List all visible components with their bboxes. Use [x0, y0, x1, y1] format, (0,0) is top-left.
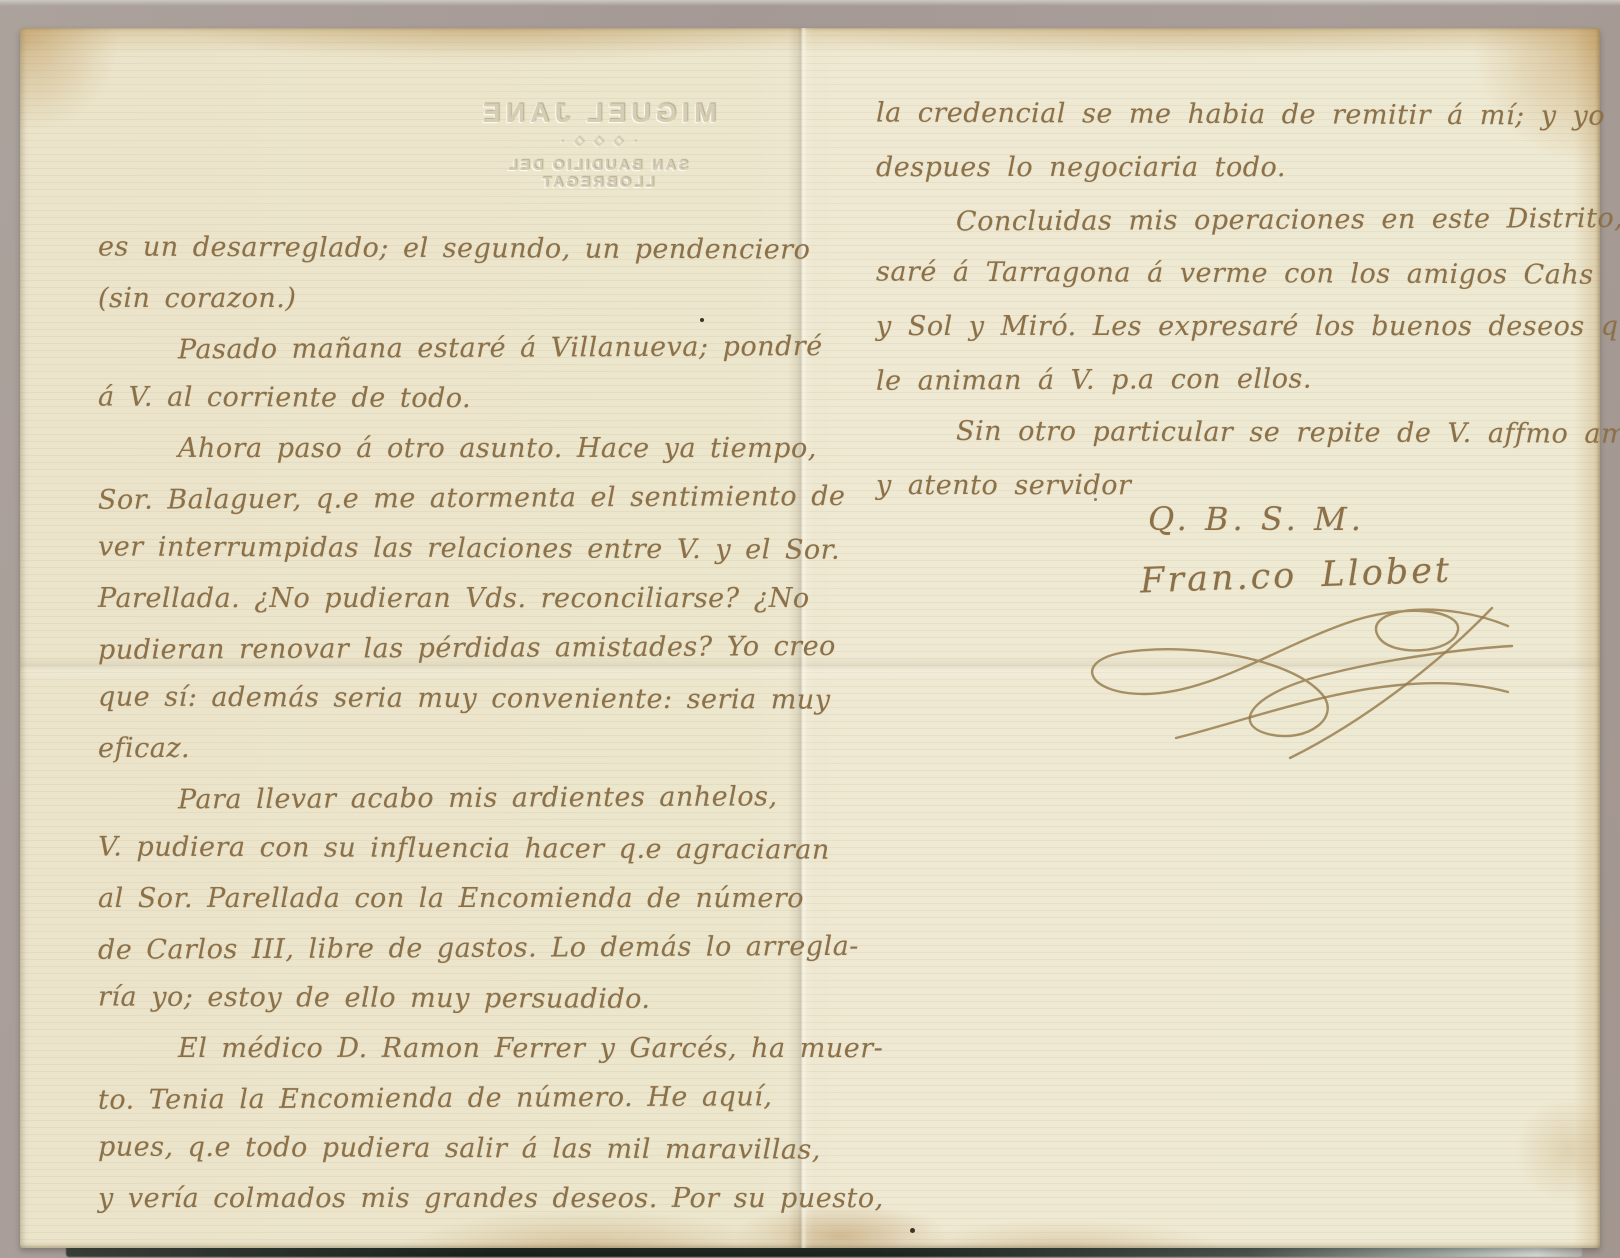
manuscript-line: El médico D. Ramon Ferrer y Garcés, ha m…: [98, 1024, 790, 1074]
left-page-text: es un desarreglado; el segundo, un pende…: [98, 224, 790, 1224]
manuscript-line: Parellada. ¿No pudieran Vds. reconciliar…: [98, 574, 790, 624]
ink-speck: [910, 1228, 915, 1233]
ink-speck: [1094, 498, 1097, 501]
manuscript-line: ver interrumpidas las relaciones entre V…: [98, 522, 790, 575]
letterhead-place: SAN BAUDILIO DEL LLOBREGAT: [452, 157, 742, 191]
manuscript-line: eficaz.: [98, 724, 790, 774]
letterhead-name: MIGUEL JANE: [452, 98, 742, 129]
embossed-letterhead-mirrored: MIGUEL JANE · ◇ ◇ ◇ · SAN BAUDILIO DEL L…: [452, 98, 742, 191]
manuscript-line: la credencial se me habia de remitir á m…: [876, 86, 1566, 142]
manuscript-line: al Sor. Parellada con la Encomienda de n…: [98, 874, 790, 924]
manuscript-line: Concluidas mis operaciones en este Distr…: [876, 192, 1566, 249]
manuscript-line: pudieran renovar las pérdidas amistades?…: [98, 622, 790, 676]
right-page-text: la credencial se me habia de remitir á m…: [876, 88, 1566, 512]
manuscript-line: to. Tenia la Encomienda de número. He aq…: [98, 1072, 790, 1126]
manuscript-line: Pasado mañana estaré á Villanueva; pondr…: [98, 322, 790, 376]
signature-rubric-flourish: [1056, 596, 1526, 766]
photograph-of-letter: MIGUEL JANE · ◇ ◇ ◇ · SAN BAUDILIO DEL L…: [0, 0, 1620, 1258]
manuscript-line: que sí: además seria muy conveniente: se…: [98, 672, 790, 725]
mat-top-edge: [0, 0, 1620, 6]
manuscript-line: Ahora paso á otro asunto. Hace ya tiempo…: [98, 424, 790, 474]
manuscript-line: ría yo; estoy de ello muy persuadido.: [98, 972, 790, 1025]
manuscript-line: despues lo negociaria todo.: [876, 141, 1566, 194]
manuscript-line: y Sol y Miró. Les expresaré los buenos d…: [876, 300, 1566, 353]
manuscript-line: saré á Tarragona á verme con los amigos …: [876, 245, 1566, 301]
manuscript-line: Sor. Balaguer, q.e me atormenta el senti…: [98, 472, 790, 526]
ink-speck: [700, 318, 704, 322]
manuscript-line: á V. al corriente de todo.: [98, 372, 790, 425]
manuscript-line: pues, q.e todo pudiera salir á las mil m…: [98, 1122, 790, 1175]
manuscript-line: es un desarreglado; el segundo, un pende…: [98, 222, 790, 275]
letterhead-ornament: · ◇ ◇ ◇ ·: [452, 133, 742, 149]
manuscript-line: Para llevar acabo mis ardientes anhelos,: [98, 772, 790, 826]
manuscript-line: (sin corazon.): [98, 274, 790, 324]
manuscript-line: V. pudiera con su influencia hacer q.e a…: [98, 822, 790, 875]
manuscript-line: y vería colmados mis grandes deseos. Por…: [98, 1174, 790, 1224]
valediction: Q. B. S. M.: [1148, 500, 1365, 538]
manuscript-line: de Carlos III, libre de gastos. Lo demás…: [98, 922, 790, 976]
manuscript-line: le animan á V. p.a con ellos.: [876, 351, 1566, 408]
manuscript-line: Sin otro particular se repite de V. affm…: [876, 404, 1566, 460]
